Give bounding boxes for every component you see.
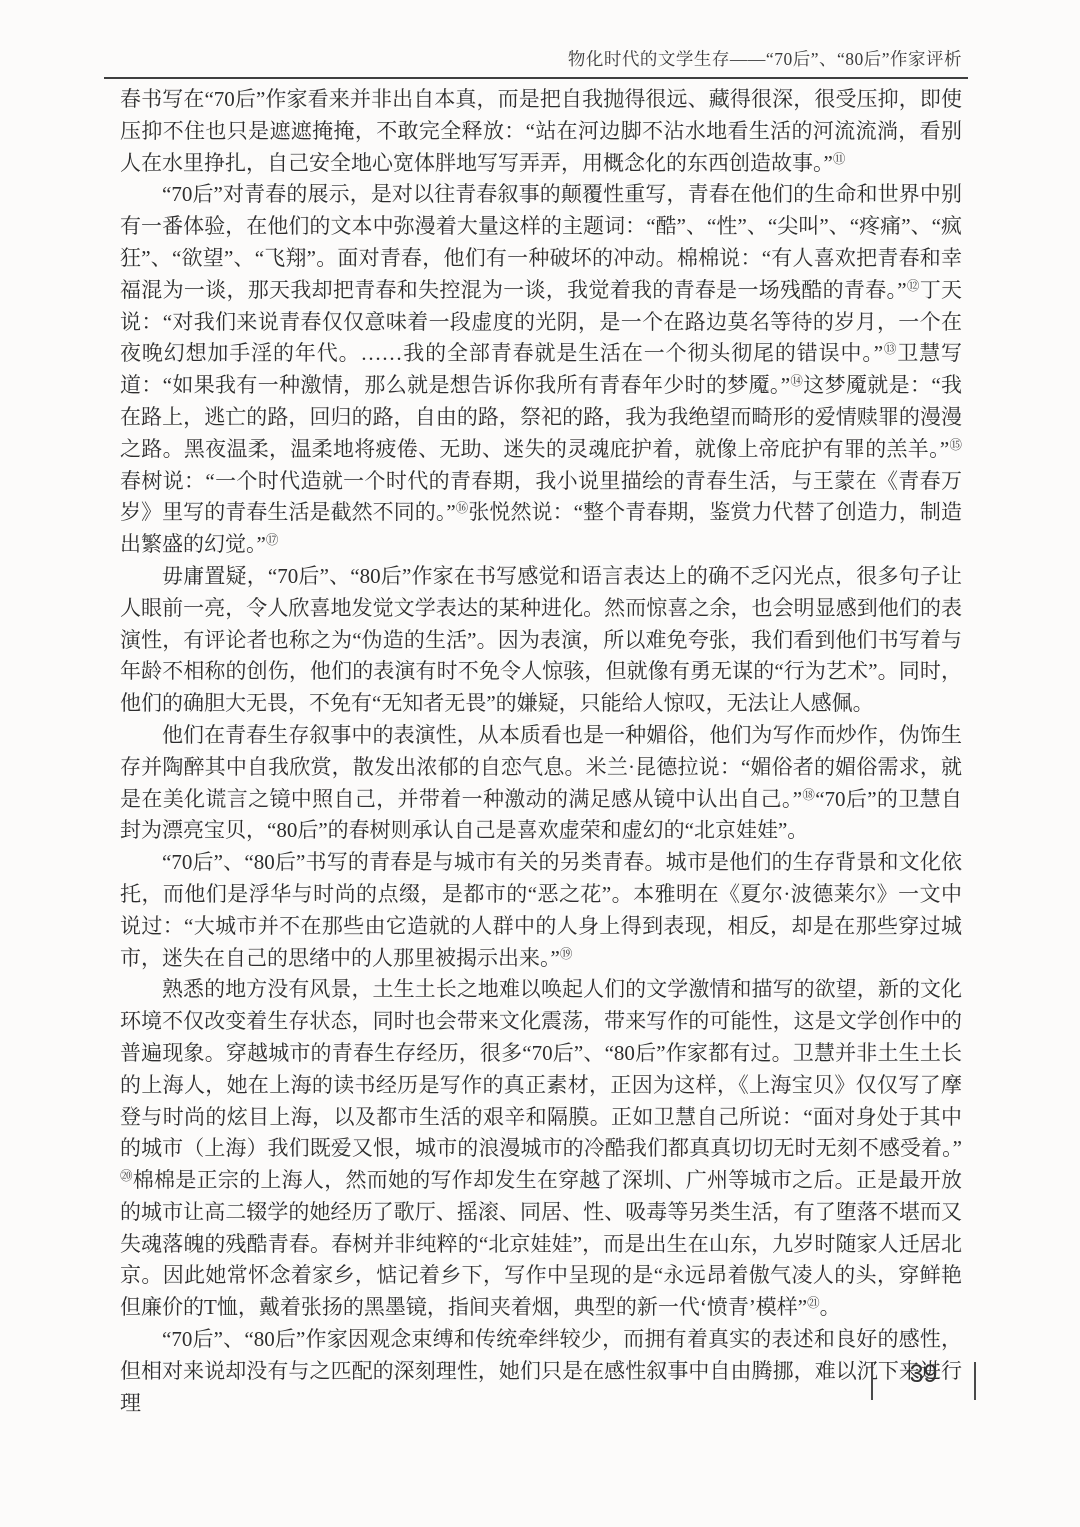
paragraph: 熟悉的地方没有风景，土生土长之地难以唤起人们的文学激情和描写的欲望，新的文化环境… [120, 974, 962, 1324]
paragraph: 毋庸置疑，“70后”、“80后”作家在书写感觉和语言表达上的确不乏闪光点，很多句… [120, 561, 962, 720]
footnote-marker: ⑭ [790, 374, 803, 388]
page-footer: 39 [871, 1358, 976, 1404]
footnote-marker: ⑬ [883, 342, 897, 356]
footnote-marker: ⑱ [802, 788, 815, 802]
running-head: 物化时代的文学生存——“70后”、“80后”作家评析 [120, 48, 962, 70]
footnote-marker: ⑳ [120, 1169, 133, 1183]
paragraph: 春书写在“70后”作家看来并非出自本真，而是把自我抛得很远、藏得很深，很受压抑，… [120, 84, 962, 179]
footnote-marker: ⑯ [456, 501, 469, 515]
paragraph: “70后”对青春的展示，是对以往青春叙事的颠覆性重写，青春在他们的生命和世界中别… [120, 179, 962, 561]
page-number: 39 [871, 1360, 976, 1389]
header-rule [104, 77, 968, 79]
page: 物化时代的文学生存——“70后”、“80后”作家评析 春书写在“70后”作家看来… [0, 0, 1080, 1527]
footnote-marker: ⑰ [266, 533, 279, 547]
article-body: 春书写在“70后”作家看来并非出自本真，而是把自我抛得很远、藏得很深，很受压抑，… [120, 84, 962, 1419]
paragraph: “70后”、“80后”书写的青春是与城市有关的另类青春。城市是他们的生存背景和文… [120, 847, 962, 974]
footnote-marker: ⑮ [949, 438, 962, 452]
footnote-marker: ⑲ [560, 947, 573, 961]
footnote-marker: ㉑ [807, 1296, 820, 1310]
paragraph: 他们在青春生存叙事中的表演性，从本质看也是一种媚俗，他们为写作而炒作，伪饰生存并… [120, 720, 962, 847]
footnote-marker: ⑫ [907, 279, 920, 293]
paragraph: “70后”、“80后”作家因观念束缚和传统牵绊较少，而拥有着真实的表述和良好的感… [120, 1324, 962, 1419]
footnote-marker: ⑪ [833, 152, 846, 166]
footer-right-divider [974, 1362, 976, 1400]
running-title: 物化时代的文学生存——“70后”、“80后”作家评析 [568, 49, 962, 69]
